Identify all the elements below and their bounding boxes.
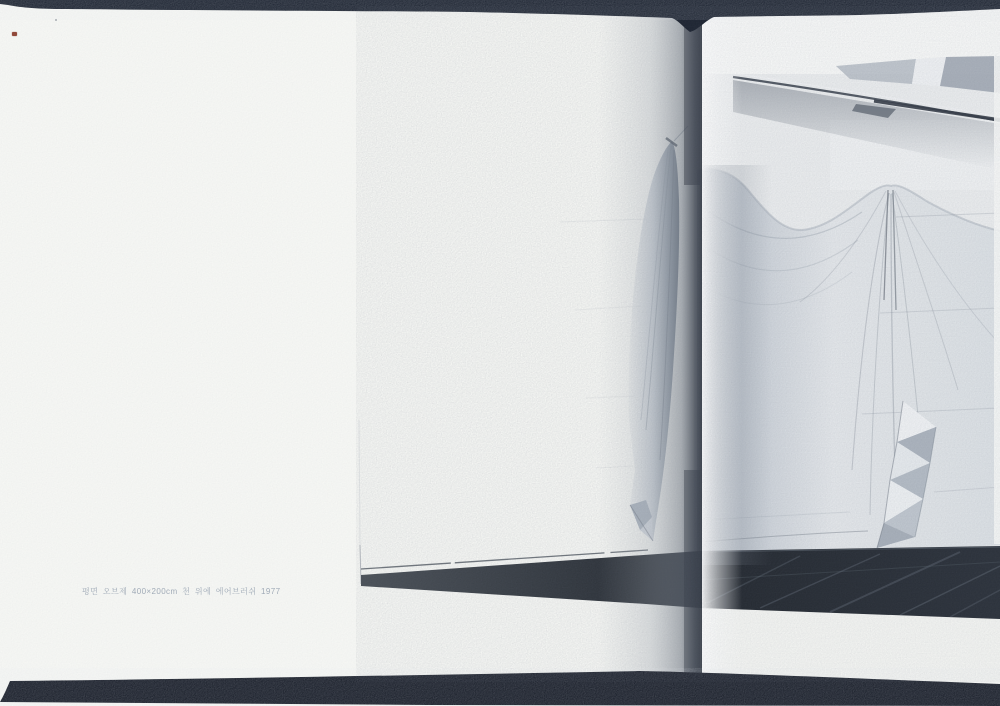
book-scan-spread: 평면 오브제 400×200cm 천 위에 에어브러쉬 1977	[0, 0, 1000, 706]
dust-speck	[55, 19, 57, 21]
scan-grain	[0, 0, 1000, 706]
caption: 평면 오브제 400×200cm 천 위에 에어브러쉬 1977	[82, 586, 342, 600]
scan-artwork	[0, 0, 1000, 706]
red-ink-speck	[12, 32, 17, 36]
caption-text: 평면 오브제 400×200cm 천 위에 에어브러쉬 1977	[82, 587, 280, 596]
